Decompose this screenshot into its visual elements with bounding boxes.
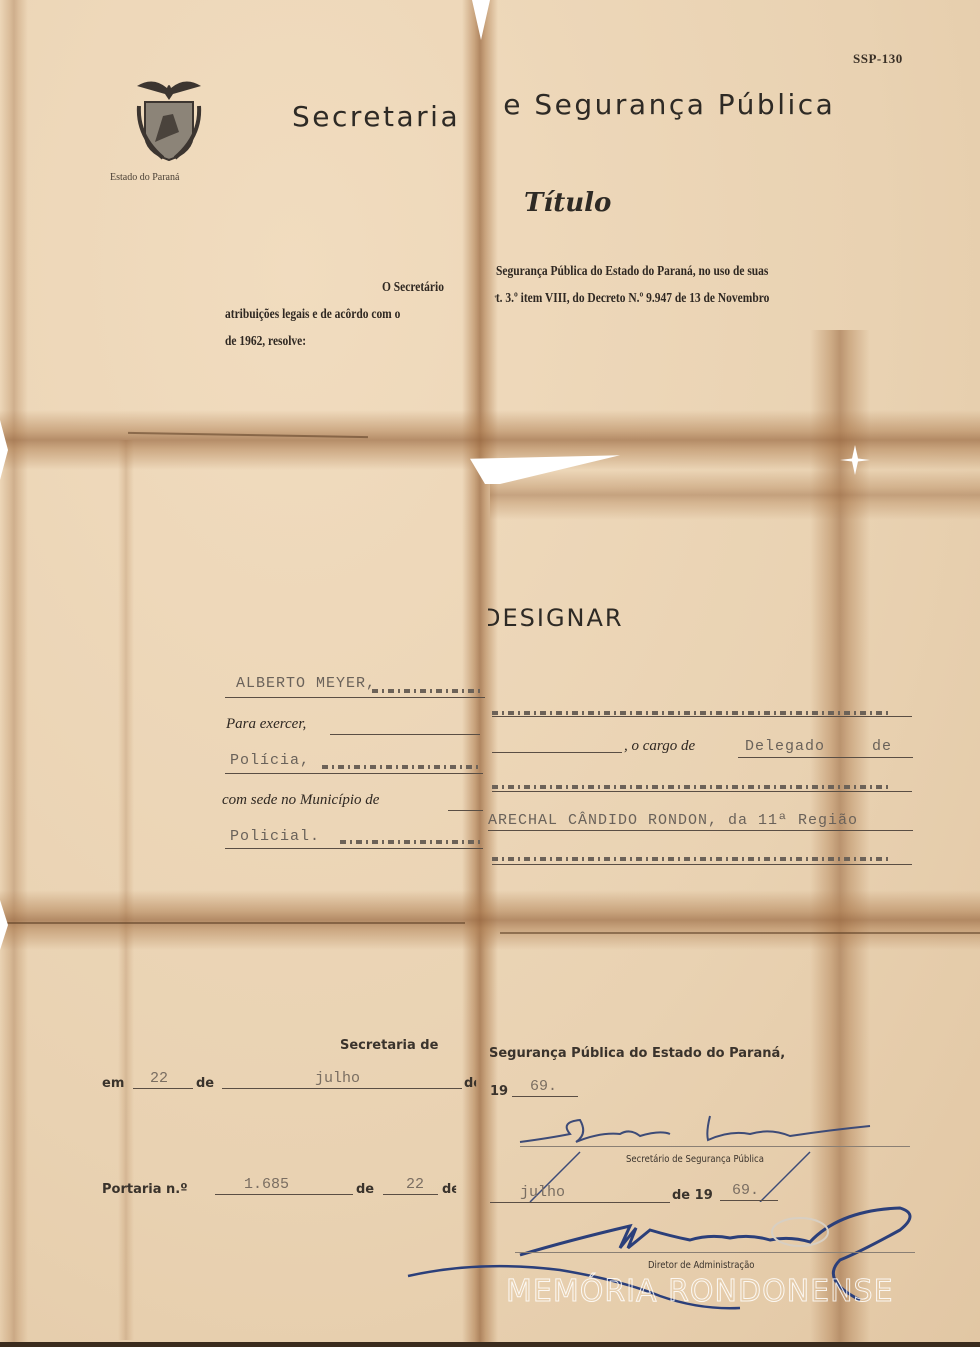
regiao-policial: Policial.: [230, 828, 320, 845]
field-underline: [448, 810, 483, 811]
preamble-line1-left: O Secretário: [382, 280, 444, 296]
dash-fill: [372, 689, 482, 693]
closing-line1-right: Segurança Pública do Estado do Paraná,: [489, 1046, 785, 1061]
dash-fill: [340, 840, 480, 844]
subtitle-titulo: Título: [524, 188, 611, 218]
cargo-value: Delegado: [745, 738, 825, 755]
portaria-label: Portaria n.º: [102, 1182, 188, 1197]
portaria-year: 69.: [732, 1182, 759, 1199]
portaria-de: de: [356, 1182, 374, 1197]
sede-label: com sede no Município de: [222, 792, 379, 809]
date-month: julho: [315, 1070, 360, 1087]
heading-seguranca-publica: de Segurança Pública: [483, 88, 835, 121]
designee-name: ALBERTO MEYER,: [236, 675, 376, 692]
fold-stain: [490, 470, 980, 520]
field-underline: [330, 734, 480, 735]
preamble-line3: de 1962, resolve:: [225, 334, 306, 350]
municipio-value: ARECHAL CÂNDIDO RONDON, da 11ª Região: [488, 812, 858, 829]
heading-secretaria: Secretaria: [292, 100, 460, 133]
field-underline: [225, 773, 483, 774]
action-designar: DESIGNAR: [482, 604, 624, 632]
fold-stain: [462, 0, 498, 1347]
field-underline: [738, 757, 913, 758]
field-underline: [225, 848, 483, 849]
date-year: 69.: [530, 1078, 557, 1095]
fold-stain: [0, 0, 28, 1347]
field-underline: [215, 1194, 353, 1195]
field-underline: [492, 791, 912, 792]
preamble-line2-right: art. 3.º item VIII, do Decreto N.º 9.947…: [485, 291, 769, 307]
signature-line: [520, 1146, 910, 1147]
date-year-prefix: 19: [490, 1084, 508, 1099]
field-underline: [383, 1194, 438, 1195]
closing-line1-left: Secretaria de: [340, 1038, 438, 1053]
cargo-value-de: de: [872, 738, 892, 755]
field-underline: [488, 830, 913, 831]
dash-fill: [492, 711, 892, 715]
dash-fill: [322, 765, 480, 769]
field-underline: [225, 697, 485, 698]
portaria-number: 1.685: [244, 1176, 289, 1193]
field-underline: [492, 752, 622, 753]
field-underline: [492, 864, 912, 865]
dash-fill: [492, 857, 892, 861]
crest-caption: Estado do Paraná: [110, 172, 179, 183]
date-day: 22: [150, 1070, 168, 1087]
dash-fill: [492, 785, 892, 789]
signature-line: [515, 1252, 915, 1253]
cargo-value-policia: Polícia,: [230, 752, 310, 769]
fold-stain: [0, 890, 980, 950]
signature-2-title: Diretor de Administração: [648, 1260, 755, 1271]
watermark: MEMÓRIA RONDONENSE: [506, 1274, 894, 1309]
field-underline: [222, 1088, 462, 1089]
field-underline: [133, 1088, 193, 1089]
field-underline: [492, 716, 912, 717]
parana-crest-icon: [133, 76, 205, 164]
date-de: de: [196, 1076, 214, 1091]
preamble-line2-left: atribuições legais e de acôrdo com o: [225, 307, 400, 323]
fold-crease: [500, 932, 980, 934]
preamble-line1-right: Segurança Pública do Estado do Paraná, n…: [496, 264, 768, 280]
portaria-day: 22: [406, 1176, 424, 1193]
cargo-label: , o cargo de: [624, 738, 695, 755]
signature-1-title: Secretário de Segurança Pública: [626, 1154, 764, 1165]
para-exercer-label: Para exercer,: [226, 716, 306, 733]
field-underline: [512, 1096, 578, 1097]
portaria-month: julho: [520, 1184, 565, 1201]
fold-crease: [0, 922, 465, 924]
bottom-edge: [0, 1342, 980, 1347]
date-prefix: em: [102, 1076, 124, 1091]
form-code: SSP-130: [853, 51, 903, 67]
